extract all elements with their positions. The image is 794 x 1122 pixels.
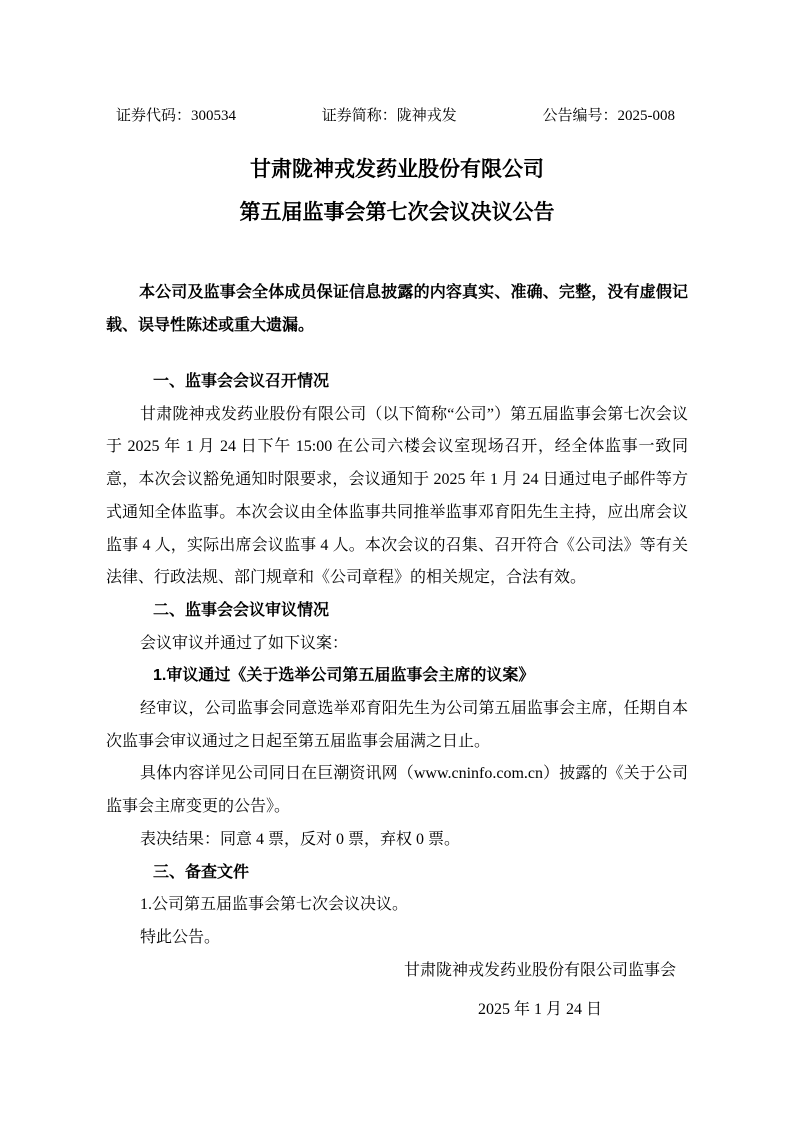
section-1-heading: 一、监事会会议召开情况	[106, 366, 688, 399]
document-title: 甘肃陇神戎发药业股份有限公司 第五届监事会第七次会议决议公告	[0, 157, 794, 225]
title-meeting-resolution: 第五届监事会第七次会议决议公告	[0, 200, 794, 225]
signature-company: 甘肃陇神戎发药业股份有限公司监事会	[404, 955, 676, 988]
section-1-paragraph: 甘肃陇神戎发药业股份有限公司（以下简称“公司”）第五届监事会第七次会议于 202…	[106, 399, 688, 595]
proposal-1-paragraph-2: 具体内容详见公司同日在巨潮资讯网（www.cninfo.com.cn）披露的《关…	[106, 758, 688, 823]
truthfulness-disclaimer: 本公司及监事会全体成员保证信息披露的内容真实、准确、完整，没有虚假记载、误导性陈…	[106, 277, 688, 342]
document-header: 证券代码：300534 证券简称：陇神戎发 公告编号：2025-008	[116, 104, 675, 125]
signature-block: 甘肃陇神戎发药业股份有限公司监事会 2025 年 1 月 24 日	[404, 955, 676, 1027]
announcement-page: 证券代码：300534 证券简称：陇神戎发 公告编号：2025-008 甘肃陇神…	[0, 0, 794, 1122]
section-2-intro: 会议审议并通过了如下议案：	[106, 628, 688, 661]
reference-document-item: 1.公司第五届监事会第七次会议决议。	[106, 889, 688, 922]
stock-short-name: 证券简称：陇神戎发	[322, 104, 457, 125]
document-body: 一、监事会会议召开情况 甘肃陇神戎发药业股份有限公司（以下简称“公司”）第五届监…	[106, 366, 688, 1027]
section-3-heading: 三、备查文件	[106, 857, 688, 890]
closing-statement: 特此公告。	[106, 922, 688, 955]
stock-code: 证券代码：300534	[116, 104, 236, 125]
proposal-1-heading: 1.审议通过《关于选举公司第五届监事会主席的议案》	[106, 660, 688, 693]
signature-date: 2025 年 1 月 24 日	[404, 994, 676, 1027]
vote-result: 表决结果：同意 4 票，反对 0 票，弃权 0 票。	[106, 824, 688, 857]
announcement-number: 公告编号：2025-008	[543, 104, 676, 125]
section-2-heading: 二、监事会会议审议情况	[106, 595, 688, 628]
title-company-name: 甘肃陇神戎发药业股份有限公司	[0, 157, 794, 182]
proposal-1-paragraph-1: 经审议，公司监事会同意选举邓育阳先生为公司第五届监事会主席，任期自本次监事会审议…	[106, 693, 688, 758]
